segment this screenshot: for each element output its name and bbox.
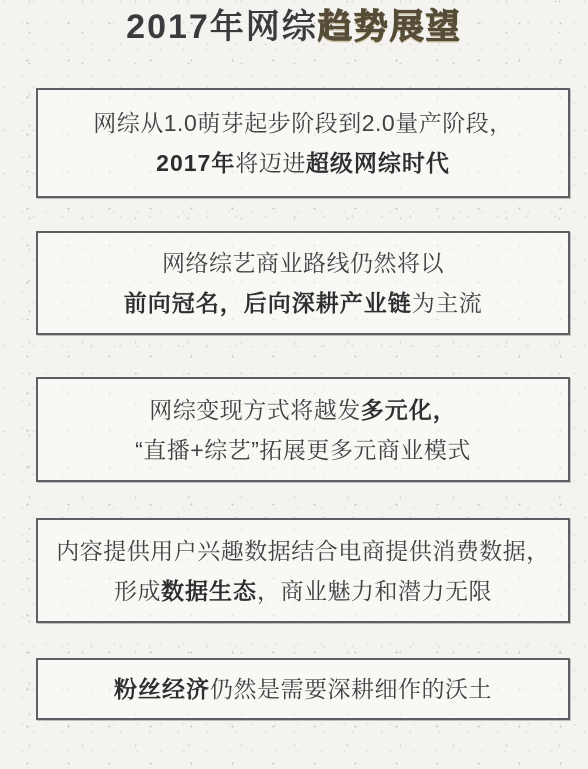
statement-text: 内容提供用户兴趣数据结合电商提供消费数据， bbox=[56, 538, 550, 564]
statement-text-emphasis: 粉丝经济 bbox=[114, 676, 210, 702]
statement-line: 网综变现方式将越发多元化， bbox=[149, 390, 457, 430]
statement-text-emphasis: 前向冠名，后向深耕产业链 bbox=[124, 290, 412, 316]
statement-text: 网络综艺商业路线仍然将以 bbox=[162, 250, 444, 276]
statement-box-monetization: 网综变现方式将越发多元化， “直播+综艺”拓展更多元商业模式 bbox=[36, 377, 570, 482]
statement-text-emphasis: 多元化， bbox=[361, 397, 457, 423]
page-title-accent-text: 趋势展望 bbox=[318, 8, 462, 46]
statement-line: 网综从1.0萌芽起步阶段到2.0量产阶段， bbox=[93, 103, 512, 143]
statement-text: 将迈进 bbox=[235, 150, 306, 176]
statement-text: ，商业魅力和潜力无限 bbox=[257, 578, 492, 604]
statement-text: 为主流 bbox=[412, 290, 483, 316]
statement-line: 形成数据生态，商业魅力和潜力无限 bbox=[114, 571, 492, 611]
page-title: 2017年网综趋势展望 bbox=[0, 6, 588, 48]
statement-line: 粉丝经济仍然是需要深耕细作的沃土 bbox=[114, 669, 492, 709]
statement-text: 仍然是需要深耕细作的沃土 bbox=[210, 676, 492, 702]
statement-line: 内容提供用户兴趣数据结合电商提供消费数据， bbox=[56, 531, 550, 571]
statement-text-emphasis: 2017年 bbox=[156, 150, 235, 176]
statement-line: “直播+综艺”拓展更多元商业模式 bbox=[135, 430, 471, 470]
statement-line: 前向冠名，后向深耕产业链为主流 bbox=[124, 283, 483, 323]
statement-line: 2017年将迈进超级网综时代 bbox=[156, 143, 450, 183]
statement-box-business-route: 网络综艺商业路线仍然将以 前向冠名，后向深耕产业链为主流 bbox=[36, 231, 570, 335]
statement-box-era: 网综从1.0萌芽起步阶段到2.0量产阶段， 2017年将迈进超级网综时代 bbox=[36, 88, 570, 198]
statement-box-data-ecosystem: 内容提供用户兴趣数据结合电商提供消费数据， 形成数据生态，商业魅力和潜力无限 bbox=[36, 518, 570, 623]
statement-text-emphasis: 超级网综时代 bbox=[306, 150, 450, 176]
page-title-dark-text: 2017年网综 bbox=[126, 8, 318, 46]
statement-text: “直播+综艺”拓展更多元商业模式 bbox=[135, 437, 471, 463]
statement-text: 网综从1.0萌芽起步阶段到2.0量产阶段， bbox=[93, 110, 512, 136]
statement-text: 形成 bbox=[114, 578, 161, 604]
statement-text-emphasis: 数据生态 bbox=[161, 578, 257, 604]
statement-text: 网综变现方式将越发 bbox=[149, 397, 361, 423]
statement-line: 网络综艺商业路线仍然将以 bbox=[162, 243, 444, 283]
statement-box-fan-economy: 粉丝经济仍然是需要深耕细作的沃土 bbox=[36, 658, 570, 720]
